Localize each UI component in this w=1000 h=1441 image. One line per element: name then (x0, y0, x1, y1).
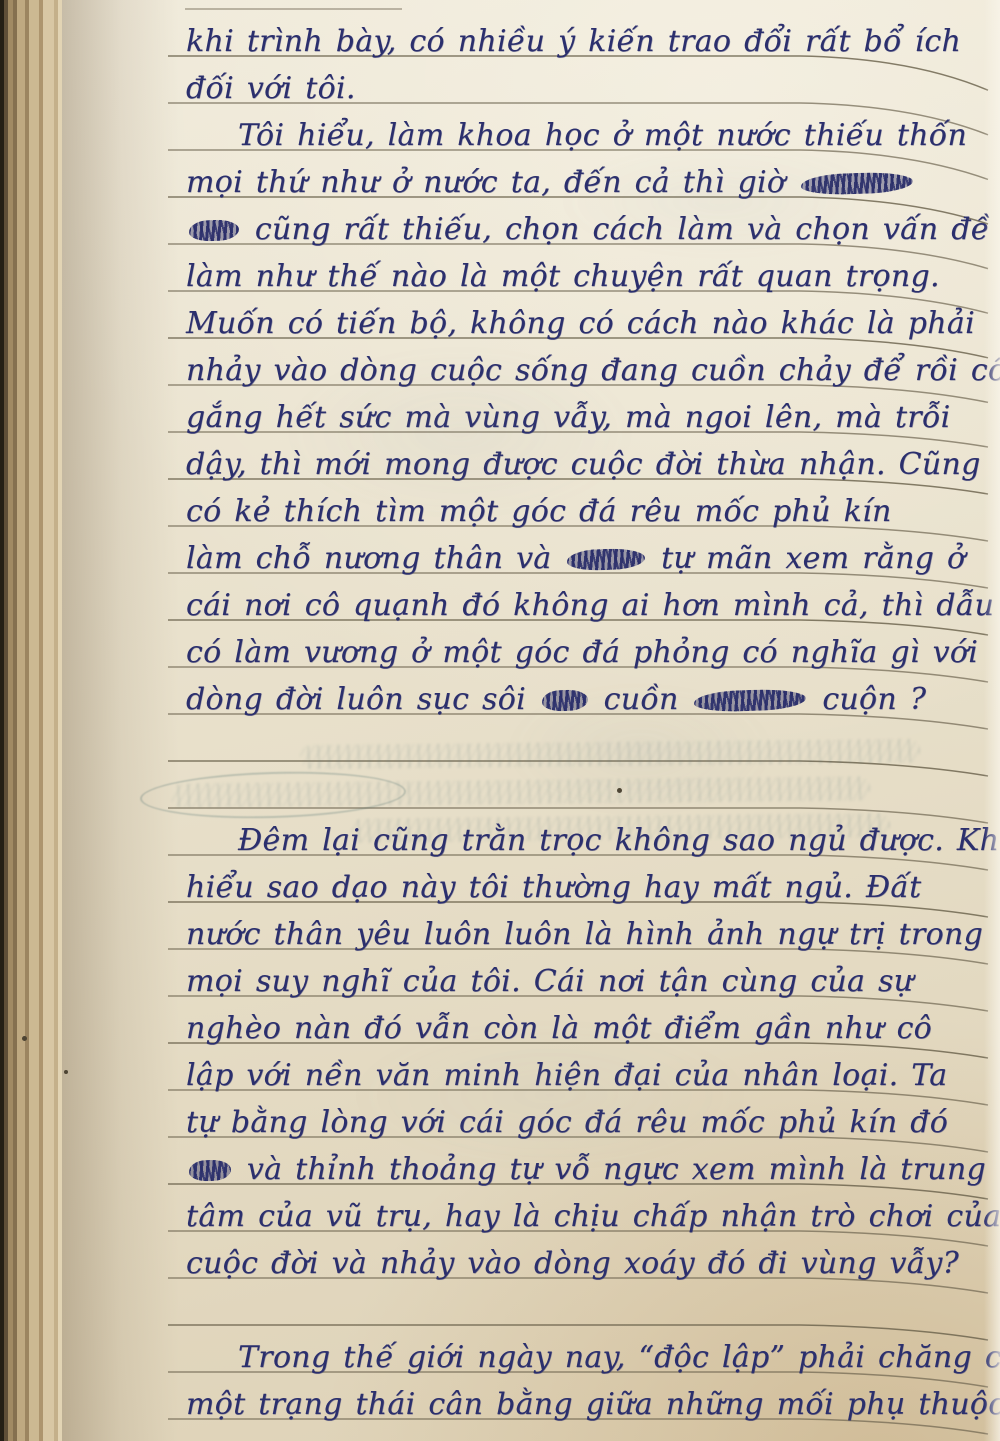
handwriting-segment: Muốn có tiến bộ, không có cách nào khác … (186, 306, 975, 341)
handwriting-segment: dậy, thì mới mong được cuộc đời thừa nhậ… (186, 447, 981, 482)
handwriting-line: đối với tôi. (186, 66, 356, 112)
ink-scribble (189, 1159, 232, 1181)
ink-speck (22, 1036, 27, 1041)
handwriting-line: dòng đời luôn sục sôi cuồn cuộn ? (186, 677, 926, 723)
handwriting-line: hiểu sao dạo này tôi thường hay mất ngủ.… (186, 865, 921, 911)
handwriting-segment: một trạng thái cân bằng giữa những mối p… (186, 1387, 1000, 1422)
handwriting-segment: mọi thứ như ở nước ta, đến cả thì giờ (186, 165, 798, 200)
handwriting-line: có làm vương ở một góc đá phỏng có nghĩa… (186, 630, 978, 676)
handwriting-segment: có kẻ thích tìm một góc đá rêu mốc phủ k… (186, 494, 892, 529)
ink-scribble (694, 688, 807, 713)
handwriting-line: và thỉnh thoảng tự vỗ ngực xem mình là t… (186, 1147, 986, 1193)
handwriting-line: một trạng thái cân bằng giữa những mối p… (186, 1382, 1000, 1428)
handwriting-line: cái nơi cô quạnh đó không ai hơn mình cả… (186, 583, 994, 629)
handwriting-line: Tôi hiểu, làm khoa học ở một nước thiếu … (238, 113, 967, 159)
handwriting-line: nghèo nàn đó vẫn còn là một điểm gần như… (186, 1006, 932, 1052)
handwriting-segment: cuộc đời và nhảy vào dòng xoáy đó đi vùn… (186, 1246, 959, 1281)
handwriting-line: tâm của vũ trụ, hay là chịu chấp nhận tr… (186, 1194, 1000, 1240)
handwriting-segment: hiểu sao dạo này tôi thường hay mất ngủ.… (186, 870, 921, 905)
handwriting-line: gắng hết sức mà vùng vẫy, mà ngoi lên, m… (186, 395, 951, 441)
handwriting-line: làm như thế nào là một chuyện rất quan t… (186, 254, 940, 300)
handwriting-segment: lập với nền văn minh hiện đại của nhân l… (186, 1058, 947, 1093)
notebook-page: khi trình bày, có nhiều ý kiến trao đổi … (0, 0, 1000, 1441)
handwriting-segment: Trong thế giới ngày nay, “độc lập” phải … (238, 1340, 1000, 1375)
handwriting-line: có kẻ thích tìm một góc đá rêu mốc phủ k… (186, 489, 892, 535)
handwriting-line: lập với nền văn minh hiện đại của nhân l… (186, 1053, 947, 1099)
handwriting-segment: tự bằng lòng với cái góc đá rêu mốc phủ … (186, 1105, 948, 1140)
handwriting-segment: cuồn (591, 682, 692, 717)
handwriting-segment: Tôi hiểu, làm khoa học ở một nước thiếu … (238, 118, 967, 153)
handwriting-segment: làm như thế nào là một chuyện rất quan t… (186, 259, 940, 294)
handwriting-line: Đêm lại cũng trằn trọc không sao ngủ đượ… (238, 818, 1000, 864)
page-right-edge (984, 0, 1000, 1441)
handwriting-line: Trong thế giới ngày nay, “độc lập” phải … (238, 1335, 1000, 1381)
handwriting-line: Muốn có tiến bộ, không có cách nào khác … (186, 301, 975, 347)
handwriting-segment: dòng đời luôn sục sôi (186, 682, 539, 717)
handwriting-line: mọi suy nghĩ của tôi. Cái nơi tận cùng c… (186, 959, 913, 1005)
handwriting-segment: cuộn ? (809, 682, 926, 717)
ink-scribble (541, 689, 588, 712)
handwriting-line: khi trình bày, có nhiều ý kiến trao đổi … (186, 19, 961, 65)
ink-speck (64, 1070, 68, 1074)
handwriting-segment: tâm của vũ trụ, hay là chịu chấp nhận tr… (186, 1199, 1000, 1234)
ink-speck (617, 788, 622, 793)
handwriting-segment: cái nơi cô quạnh đó không ai hơn mình cả… (186, 588, 994, 623)
handwriting-segment: mọi suy nghĩ của tôi. Cái nơi tận cùng c… (186, 964, 913, 999)
handwriting-segment: Đêm lại cũng trằn trọc không sao ngủ đượ… (238, 823, 1000, 858)
ink-scribble (801, 171, 914, 196)
ink-scribble (567, 548, 646, 572)
handwriting-segment: và thỉnh thoảng tự vỗ ngực xem mình là t… (234, 1152, 986, 1187)
handwriting-segment: có làm vương ở một góc đá phỏng có nghĩa… (186, 635, 978, 670)
handwriting-segment: nhảy vào dòng cuộc sống đang cuồn chảy đ… (186, 353, 1000, 388)
handwriting-segment: làm chỗ nương thân và (186, 541, 564, 576)
handwriting-segment: đối với tôi. (186, 71, 356, 106)
handwriting-segment: gắng hết sức mà vùng vẫy, mà ngoi lên, m… (186, 400, 951, 435)
handwriting-line: nước thân yêu luôn luôn là hình ảnh ngự … (186, 912, 983, 958)
handwriting-segment: nghèo nàn đó vẫn còn là một điểm gần như… (186, 1011, 932, 1046)
handwriting-segment: cũng rất thiếu, chọn cách làm và chọn vấ… (242, 212, 989, 247)
handwriting-segment: nước thân yêu luôn luôn là hình ảnh ngự … (186, 917, 983, 952)
handwriting-line: cuộc đời và nhảy vào dòng xoáy đó đi vùn… (186, 1241, 959, 1287)
handwriting-line: cũng rất thiếu, chọn cách làm và chọn vấ… (186, 207, 989, 253)
handwriting-line: nhảy vào dòng cuộc sống đang cuồn chảy đ… (186, 348, 1000, 394)
ink-scribble (189, 219, 240, 242)
handwriting-segment: tự mãn xem rằng ở (648, 541, 965, 576)
handwriting-line: mọi thứ như ở nước ta, đến cả thì giờ (186, 160, 916, 206)
handwriting-line: làm chỗ nương thân và tự mãn xem rằng ở (186, 536, 965, 582)
handwriting-line: tự bằng lòng với cái góc đá rêu mốc phủ … (186, 1100, 948, 1146)
handwriting-line: dậy, thì mới mong được cuộc đời thừa nhậ… (186, 442, 981, 488)
handwriting-segment: khi trình bày, có nhiều ý kiến trao đổi … (186, 24, 961, 59)
